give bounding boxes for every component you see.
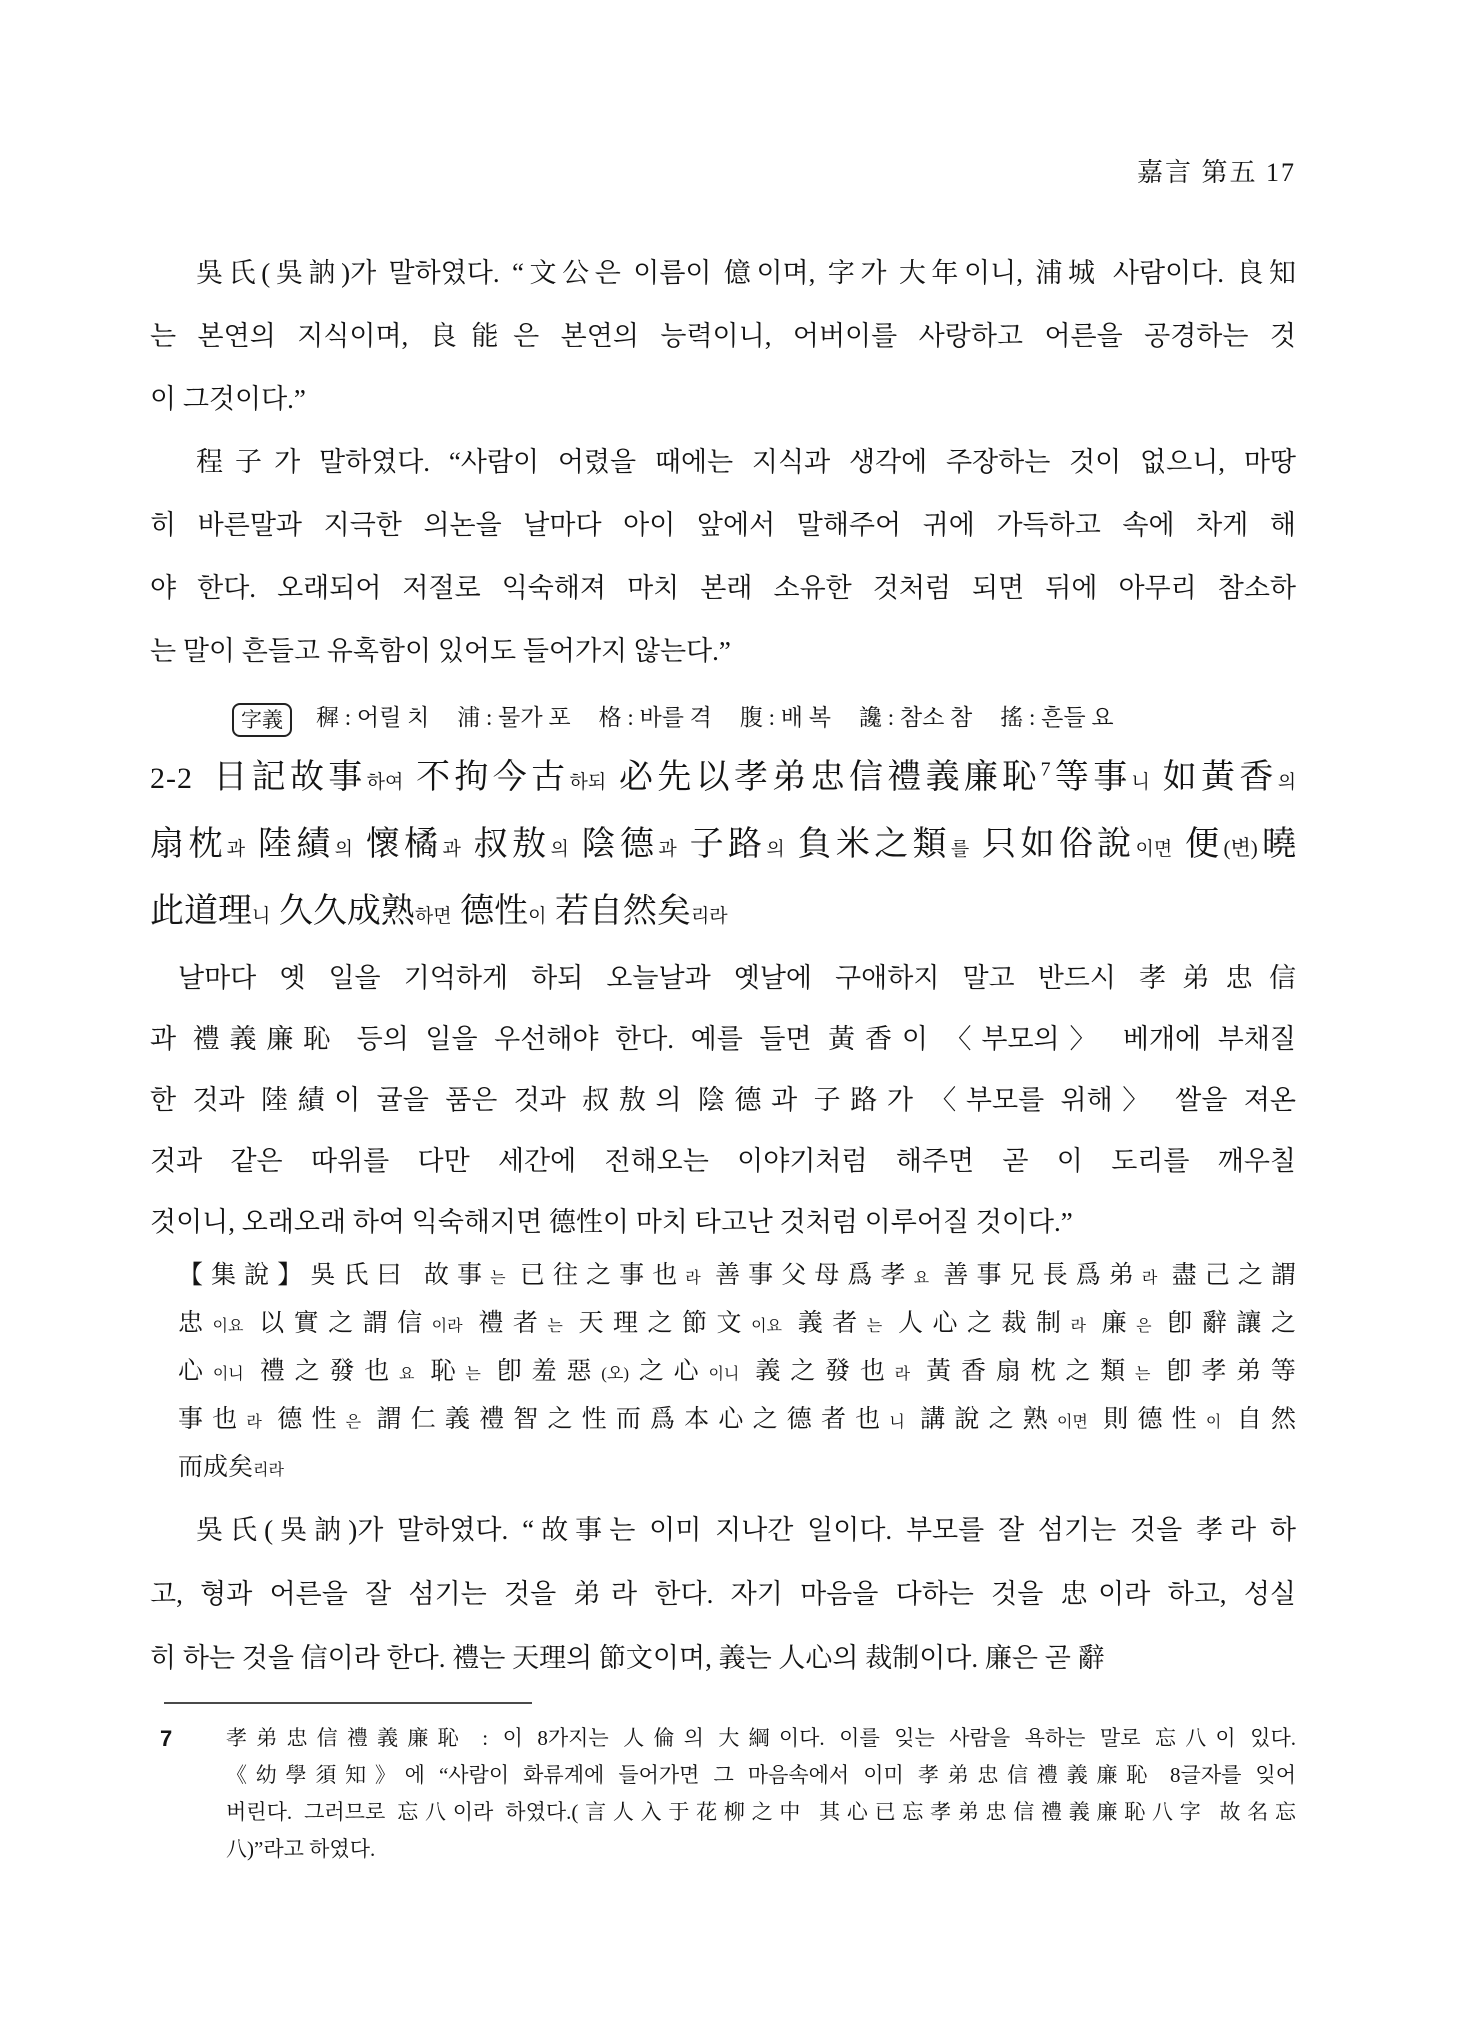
jaui-entry: 格 : 바를 격 xyxy=(599,705,712,730)
paragraph-oh-ssi-translation: 吳氏(吳訥)가 말하였다. “故事는 이미 지나간 일이다. 부모를 잘 섬기는… xyxy=(150,1498,1296,1690)
text-segment: 義之發也 xyxy=(739,1358,894,1385)
text-segment: 【集說】吳氏曰 故事 xyxy=(178,1262,490,1289)
text-line: 날마다 옛 일을 기억하게 하되 오늘날과 옛날에 구애하지 말고 반드시 孝弟… xyxy=(150,948,1296,1009)
text-line: 【集說】吳氏曰 故事는 已往之事也라 善事父母爲孝요 善事兄長爲弟라 盡己之謂 xyxy=(178,1253,1296,1301)
text-segment: 此道理 xyxy=(150,893,252,930)
text-segment: 陸績 xyxy=(245,826,335,863)
text-segment: 善事父母爲孝 xyxy=(701,1262,914,1289)
text-segment: 如黃香 xyxy=(1150,759,1278,796)
text-segment: 曉 xyxy=(1258,826,1296,863)
text-segment: 而成矣 xyxy=(178,1454,253,1481)
text-line: 것과 같은 따위를 다만 세간에 전해오는 이야기처럼 해주면 곧 이 도리를 … xyxy=(150,1131,1296,1192)
paragraph-oh-ssi-commentary: 吳氏(吳訥)가 말하였다. “文公은 이름이 億이며, 字가 大年이니, 浦城 … xyxy=(150,242,1296,431)
text-line: 것이니, 오래오래 하여 익숙해지면 德性이 마치 타고난 것처럼 이루어질 것… xyxy=(150,1192,1296,1253)
text-segment: 德性 xyxy=(452,893,529,930)
text-line: 扇枕과 陸績의 懷橘과 叔敖의 陰德과 子路의 負米之類를 只如俗說이면 便(변… xyxy=(150,814,1296,881)
text-segment: 心 xyxy=(178,1358,213,1385)
jaui-entry: 腹 : 배 복 xyxy=(740,705,831,730)
text-line: 事也라 德性은 謂仁義禮智之性而爲本心之德者也니 講說之熟이면 則德性이 自然 xyxy=(178,1397,1296,1445)
text-line: 히 바른말과 지극한 의논을 날마다 아이 앞에서 말해주어 귀에 가득하고 속… xyxy=(150,494,1296,557)
text-segment: 叔敖 xyxy=(461,826,551,863)
translation-paragraph: 날마다 옛 일을 기억하게 하되 오늘날과 옛날에 구애하지 말고 반드시 孝弟… xyxy=(150,948,1296,1253)
footnote-7: 7 孝弟忠信禮義廉恥 : 이 8가지는 人倫의 大綱이다. 이를 잊는 사람을 … xyxy=(150,1720,1296,1868)
text-line: 고, 형과 어른을 잘 섬기는 것을 弟라 한다. 자기 마음을 다하는 것을 … xyxy=(150,1562,1296,1626)
text-segment: 의 xyxy=(1278,772,1296,793)
paragraph-jeongja-commentary: 程子가 말하였다. “사람이 어렸을 때에는 지식과 생각에 주장하는 것이 없… xyxy=(150,431,1296,683)
text-line: 心이니 禮之發也요 恥는 卽羞惡(오)之心이니 義之發也라 黃香扇枕之類는 卽孝… xyxy=(178,1349,1296,1397)
jaui-entry: 浦 : 물가 포 xyxy=(457,705,570,730)
text-segment: 라 xyxy=(1070,1318,1085,1335)
text-segment: 便 xyxy=(1172,826,1223,863)
text-line: 八)”라고 하였다. xyxy=(226,1831,1296,1868)
text-segment: 等事 xyxy=(1051,759,1132,796)
text-segment: 니 xyxy=(252,906,270,927)
text-segment: 善事兄長爲弟 xyxy=(929,1262,1142,1289)
text-segment: 卽辭讓之 xyxy=(1152,1310,1296,1337)
text-segment: 는 xyxy=(465,1366,480,1383)
text-segment: 陰德 xyxy=(569,826,659,863)
text-line: 程子가 말하였다. “사람이 어렸을 때에는 지식과 생각에 주장하는 것이 없… xyxy=(150,431,1296,494)
text-segment: 는 xyxy=(490,1270,505,1287)
text-segment: 라 xyxy=(895,1366,910,1383)
text-segment: 라 xyxy=(246,1414,261,1431)
jaui-row: 字義穉 : 어릴 치浦 : 물가 포格 : 바를 격腹 : 배 복讒 : 참소 … xyxy=(150,689,1296,747)
text-segment: 는 xyxy=(867,1318,882,1335)
text-segment: 는 xyxy=(1135,1366,1150,1383)
footnote-text: 孝弟忠信禮義廉恥 : 이 8가지는 人倫의 大綱이다. 이를 잊는 사람을 욕하… xyxy=(226,1720,1296,1868)
text-segment: (변) xyxy=(1223,836,1257,860)
text-segment: 不拘今古 xyxy=(403,759,569,796)
text-segment: 禮之發也 xyxy=(244,1358,399,1385)
jaui-entry: 穉 : 어릴 치 xyxy=(316,705,429,730)
text-line: 는 말이 흔들고 유혹함이 있어도 들어가지 않는다.” xyxy=(150,620,1296,683)
text-segment: 懷橘 xyxy=(353,826,443,863)
text-segment: 이니 xyxy=(213,1366,244,1383)
text-segment: 리라 xyxy=(253,1462,284,1479)
text-segment: (오) xyxy=(601,1364,629,1383)
text-segment: 必先以孝弟忠信禮義廉恥 xyxy=(606,759,1040,796)
text-segment: 講說之熟 xyxy=(905,1406,1057,1433)
text-line: 孝弟忠信禮義廉恥 : 이 8가지는 人倫의 大綱이다. 이를 잊는 사람을 욕하… xyxy=(226,1720,1296,1757)
text-line: 한 것과 陸績이 귤을 품은 것과 叔敖의 陰德과 子路가 〈부모를 위해〉 쌀… xyxy=(150,1070,1296,1131)
jaui-box-label: 字義 xyxy=(232,703,292,737)
text-segment: 若自然矣 xyxy=(546,893,691,930)
text-segment: 已往之事也 xyxy=(506,1262,686,1289)
text-line: 而成矣리라 xyxy=(178,1445,1296,1493)
text-segment: 之心 xyxy=(629,1358,708,1385)
text-segment: 의 xyxy=(766,839,784,860)
text-segment: 과 xyxy=(443,839,461,860)
text-segment: 를 xyxy=(951,839,969,860)
text-segment: 忠 xyxy=(178,1310,213,1337)
text-segment: 이요 xyxy=(213,1318,244,1335)
text-segment: 天理之節文 xyxy=(563,1310,751,1337)
text-segment: 이 xyxy=(528,906,546,927)
text-line: 吳氏(吳訥)가 말하였다. “文公은 이름이 億이며, 字가 大年이니, 浦城 … xyxy=(150,242,1296,305)
text-line: 吳氏(吳訥)가 말하였다. “故事는 이미 지나간 일이다. 부모를 잘 섬기는… xyxy=(150,1498,1296,1562)
text-segment: 리라 xyxy=(691,906,728,927)
text-segment: 이면 xyxy=(1057,1414,1088,1431)
text-segment: 과 xyxy=(227,839,245,860)
text-segment: 則德性 xyxy=(1088,1406,1206,1433)
book-page: 嘉言 第五 17 吳氏(吳訥)가 말하였다. “文公은 이름이 億이며, 字가 … xyxy=(0,0,1481,2024)
section-2-2-heading: 2-2日記故事하여 不拘今古하되 必先以孝弟忠信禮義廉恥7等事니 如黃香의扇枕과… xyxy=(150,747,1296,948)
text-line: 2-2日記故事하여 不拘今古하되 必先以孝弟忠信禮義廉恥7等事니 如黃香의 xyxy=(150,747,1296,814)
text-segment: 요 xyxy=(914,1270,929,1287)
text-segment: 의 xyxy=(335,839,353,860)
footnote-number: 7 xyxy=(160,1720,172,1757)
text-segment: 卽羞惡 xyxy=(481,1358,601,1385)
text-segment: 人心之裁制 xyxy=(882,1310,1070,1337)
text-segment: 이니 xyxy=(708,1366,739,1383)
text-segment: 只如俗說 xyxy=(969,826,1135,863)
text-segment: 는 xyxy=(547,1318,562,1335)
running-header: 嘉言 第五 17 xyxy=(150,155,1296,190)
text-line: 忠이요 以實之謂信이라 禮者는 天理之節文이요 義者는 人心之裁制라 廉은 卽辭… xyxy=(178,1301,1296,1349)
text-segment: 廉 xyxy=(1086,1310,1136,1337)
jaui-entry: 搖 : 흔들 요 xyxy=(1000,705,1113,730)
footnote-separator xyxy=(164,1702,532,1704)
chapter-title: 嘉言 第五 17 xyxy=(1137,158,1296,187)
page-content: 嘉言 第五 17 吳氏(吳訥)가 말하였다. “文公은 이름이 億이며, 字가 … xyxy=(150,155,1296,1868)
text-line: 과 禮義廉恥 등의 일을 우선해야 한다. 예를 들면 黃香이 〈부모의〉 베개… xyxy=(150,1009,1296,1070)
text-line: 히 하는 것을 信이라 한다. 禮는 天理의 節文이며, 義는 人心의 裁制이다… xyxy=(150,1626,1296,1690)
jaui-entries: 穉 : 어릴 치浦 : 물가 포格 : 바를 격腹 : 배 복讒 : 참소 참搖… xyxy=(316,705,1142,730)
text-line: 버린다. 그러므로 忘八이라 하였다.(言人入于花柳之中 其心已忘孝弟忠信禮義廉… xyxy=(226,1794,1296,1831)
text-segment: 卽孝弟等 xyxy=(1150,1358,1295,1385)
text-line: 야 한다. 오래되어 저절로 익숙해져 마치 본래 소유한 것처럼 되면 뒤에 … xyxy=(150,557,1296,620)
text-segment: 盡己之謂 xyxy=(1157,1262,1296,1289)
text-segment: 日記故事 xyxy=(209,759,367,796)
text-segment: 이라 xyxy=(432,1318,463,1335)
text-segment: 의 xyxy=(550,839,568,860)
text-segment: 謂仁義禮智之性而爲本心之德者也 xyxy=(361,1406,889,1433)
text-segment: 은 xyxy=(1136,1318,1151,1335)
text-segment: 이면 xyxy=(1136,839,1173,860)
text-segment: 黃香扇枕之類 xyxy=(910,1358,1135,1385)
text-line: 《幼學須知》에 “사람이 화류계에 들어가면 그 마음속에서 이미 孝弟忠信禮義… xyxy=(226,1757,1296,1794)
section-number: 2-2 xyxy=(150,762,209,795)
text-line: 이 그것이다.” xyxy=(150,368,1296,431)
text-segment: 니 xyxy=(1132,772,1150,793)
text-segment: 니 xyxy=(889,1414,904,1431)
text-segment: 하되 xyxy=(569,772,606,793)
text-segment: 라 xyxy=(685,1270,700,1287)
text-segment: 라 xyxy=(1142,1270,1157,1287)
text-line: 此道理니 久久成熟하면 德性이 若自然矣리라 xyxy=(150,881,1296,948)
text-segment: 自然 xyxy=(1221,1406,1296,1433)
text-segment: 과 xyxy=(658,839,676,860)
text-segment: 以實之謂信 xyxy=(243,1310,431,1337)
text-segment: 은 xyxy=(346,1414,361,1431)
text-segment: 이요 xyxy=(751,1318,782,1335)
text-line: 는 본연의 지식이며, 良能은 본연의 능력이니, 어버이를 사랑하고 어른을 … xyxy=(150,305,1296,368)
footnote-ref: 7 xyxy=(1041,759,1051,781)
text-segment: 恥 xyxy=(414,1358,465,1385)
jipseol-commentary-block: 【集說】吳氏曰 故事는 已往之事也라 善事父母爲孝요 善事兄長爲弟라 盡己之謂忠… xyxy=(178,1253,1296,1493)
text-segment: 事也 xyxy=(178,1406,246,1433)
text-segment: 하여 xyxy=(367,772,404,793)
text-segment: 이 xyxy=(1206,1414,1221,1431)
text-segment: 義者 xyxy=(782,1310,867,1337)
text-segment: 禮者 xyxy=(463,1310,548,1337)
text-segment: 德性 xyxy=(262,1406,346,1433)
text-segment: 久久成熟 xyxy=(270,893,415,930)
text-segment: 하면 xyxy=(415,906,452,927)
text-segment: 요 xyxy=(399,1366,414,1383)
text-segment: 子路 xyxy=(677,826,767,863)
text-segment: 負米之類 xyxy=(785,826,951,863)
text-segment: 扇枕 xyxy=(150,826,227,863)
jaui-entry: 讒 : 참소 참 xyxy=(859,705,972,730)
